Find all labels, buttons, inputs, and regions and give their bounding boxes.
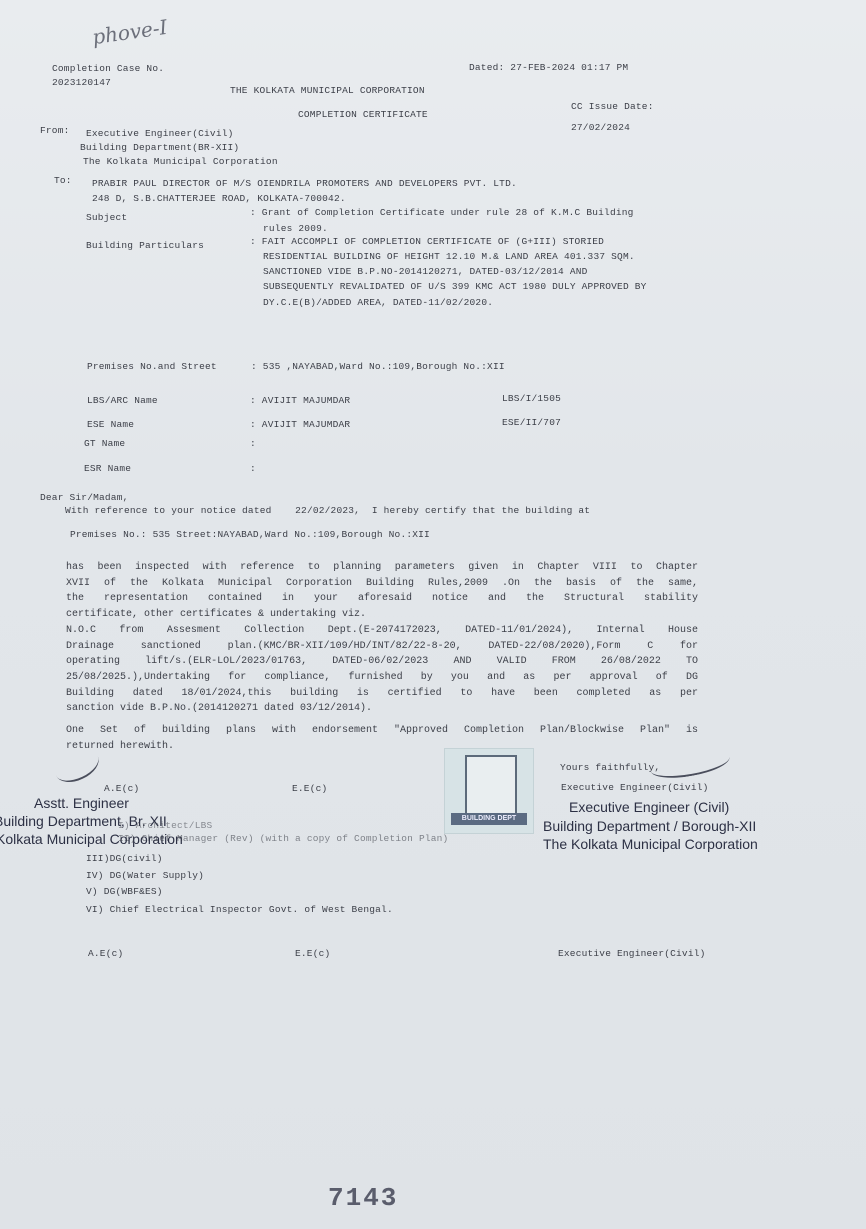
particulars-line: SUBSEQUENTLY REVALIDATED OF U/S 399 KMC … xyxy=(263,281,647,292)
esr-label: ESR Name xyxy=(84,463,131,474)
particulars-line: RESIDENTIAL BUILDING OF HEIGHT 12.10 M.&… xyxy=(263,251,635,262)
returned-plans-note: One Set of building plans with endorseme… xyxy=(66,723,698,754)
to-label: To: xyxy=(54,175,72,186)
building-dept-seal: BUILDING DEPT xyxy=(444,748,534,834)
footer-executive-label: Executive Engineer(Civil) xyxy=(558,948,706,959)
lbs-arc-value: : AVIJIT MAJUMDAR xyxy=(250,395,350,406)
cc-issue-date: 27/02/2024 xyxy=(571,122,630,133)
copy-to-item: II) Chief Manager (Rev) (with a copy of … xyxy=(118,833,448,844)
gt-value: : xyxy=(250,438,256,449)
case-number: 2023120147 xyxy=(52,77,111,88)
body-line: Building dated 18/01/2024,this building … xyxy=(66,686,698,702)
ae-sign-label: A.E(c) xyxy=(104,783,139,794)
copy-to-item: IV) DG(Water Supply) xyxy=(86,870,204,881)
body-line: the representation contained in your afo… xyxy=(66,591,698,607)
copy-to-item: I) Architect/LBS xyxy=(118,820,212,831)
returned-line: One Set of building plans with endorseme… xyxy=(66,723,698,739)
lbs-arc-label: LBS/ARC Name xyxy=(87,395,158,406)
footer-ae-label: A.E(c) xyxy=(88,948,123,959)
left-stamp-line: Asstt. Engineer xyxy=(34,795,129,811)
lbs-arc-code: LBS/I/1505 xyxy=(502,393,561,404)
from-line: The Kolkata Municipal Corporation xyxy=(83,156,278,167)
body-line: Drainage sanctioned plan.(KMC/BR-XII/109… xyxy=(66,639,698,655)
case-number-label: Completion Case No. xyxy=(52,63,164,74)
body-line: certificate, other certificates & undert… xyxy=(66,607,698,623)
body-line: 25/08/2025.),Undertaking for compliance,… xyxy=(66,670,698,686)
salutation: Dear Sir/Madam, xyxy=(40,492,129,503)
premises-line: Premises No.: 535 Street:NAYABAD,Ward No… xyxy=(70,529,430,540)
body-line: XVII of the Kolkata Municipal Corporatio… xyxy=(66,576,698,592)
subject-label: Subject xyxy=(86,212,127,223)
seal-emblem xyxy=(465,755,517,817)
body-line: operating lift/s.(ELR-LOL/2023/01763, DA… xyxy=(66,654,698,670)
intro-line: With reference to your notice dated 22/0… xyxy=(65,505,590,516)
executive-sign-label: Executive Engineer(Civil) xyxy=(561,782,709,793)
copy-to-item: III)DG(civil) xyxy=(86,853,163,864)
right-stamp-line: Executive Engineer (Civil) xyxy=(569,799,729,815)
copy-to-item: VI) Chief Electrical Inspector Govt. of … xyxy=(86,904,393,915)
building-particulars-label: Building Particulars xyxy=(86,240,204,251)
ese-label: ESE Name xyxy=(87,419,134,430)
right-stamp-line: The Kolkata Municipal Corporation xyxy=(543,836,758,852)
to-line: PRABIR PAUL DIRECTOR OF M/S OIENDRILA PR… xyxy=(92,178,517,189)
document-title: COMPLETION CERTIFICATE xyxy=(298,109,428,120)
ese-value: : AVIJIT MAJUMDAR xyxy=(250,419,350,430)
to-line: 248 D, S.B.CHATTERJEE ROAD, KOLKATA-7000… xyxy=(92,193,346,204)
particulars-line: SANCTIONED VIDE B.P.NO-2014120271, DATED… xyxy=(263,266,588,277)
right-stamp-line: Building Department / Borough-XII xyxy=(543,818,756,834)
ee-sign-label: E.E(c) xyxy=(292,783,327,794)
particulars-line: DY.C.E(B)/ADDED AREA, DATED-11/02/2020. xyxy=(263,297,493,308)
seal-text: BUILDING DEPT xyxy=(451,813,527,825)
ese-code: ESE/II/707 xyxy=(502,417,561,428)
body-line: sanction vide B.P.No.(2014120271 dated 0… xyxy=(66,701,698,717)
premises-value: : 535 ,NAYABAD,Ward No.:109,Borough No.:… xyxy=(251,361,505,372)
subject-line: rules 2009. xyxy=(263,223,328,234)
from-label: From: xyxy=(40,125,70,136)
from-line: Building Department(BR-XII) xyxy=(80,142,239,153)
esr-value: : xyxy=(250,463,256,474)
cc-issue-label: CC Issue Date: xyxy=(571,101,654,112)
page-stamp-number: 7143 xyxy=(328,1183,398,1213)
certificate-body: has been inspected with reference to pla… xyxy=(66,560,698,717)
dated: Dated: 27-FEB-2024 01:17 PM xyxy=(469,62,628,73)
body-line: N.O.C from Assesment Collection Dept.(E-… xyxy=(66,623,698,639)
copy-to-item: V) DG(WBF&ES) xyxy=(86,886,163,897)
body-line: has been inspected with reference to pla… xyxy=(66,560,698,576)
closing: Yours faithfully, xyxy=(560,762,660,773)
from-line: Executive Engineer(Civil) xyxy=(86,128,234,139)
returned-line: returned herewith. xyxy=(66,739,698,755)
org-title: THE KOLKATA MUNICIPAL CORPORATION xyxy=(230,85,425,96)
premises-label: Premises No.and Street xyxy=(87,361,217,372)
gt-label: GT Name xyxy=(84,438,125,449)
footer-ee-label: E.E(c) xyxy=(295,948,330,959)
handwritten-note: phove-I xyxy=(91,15,169,49)
particulars-line: : FAIT ACCOMPLI OF COMPLETION CERTIFICAT… xyxy=(250,236,604,247)
subject-line: : Grant of Completion Certificate under … xyxy=(250,207,634,218)
